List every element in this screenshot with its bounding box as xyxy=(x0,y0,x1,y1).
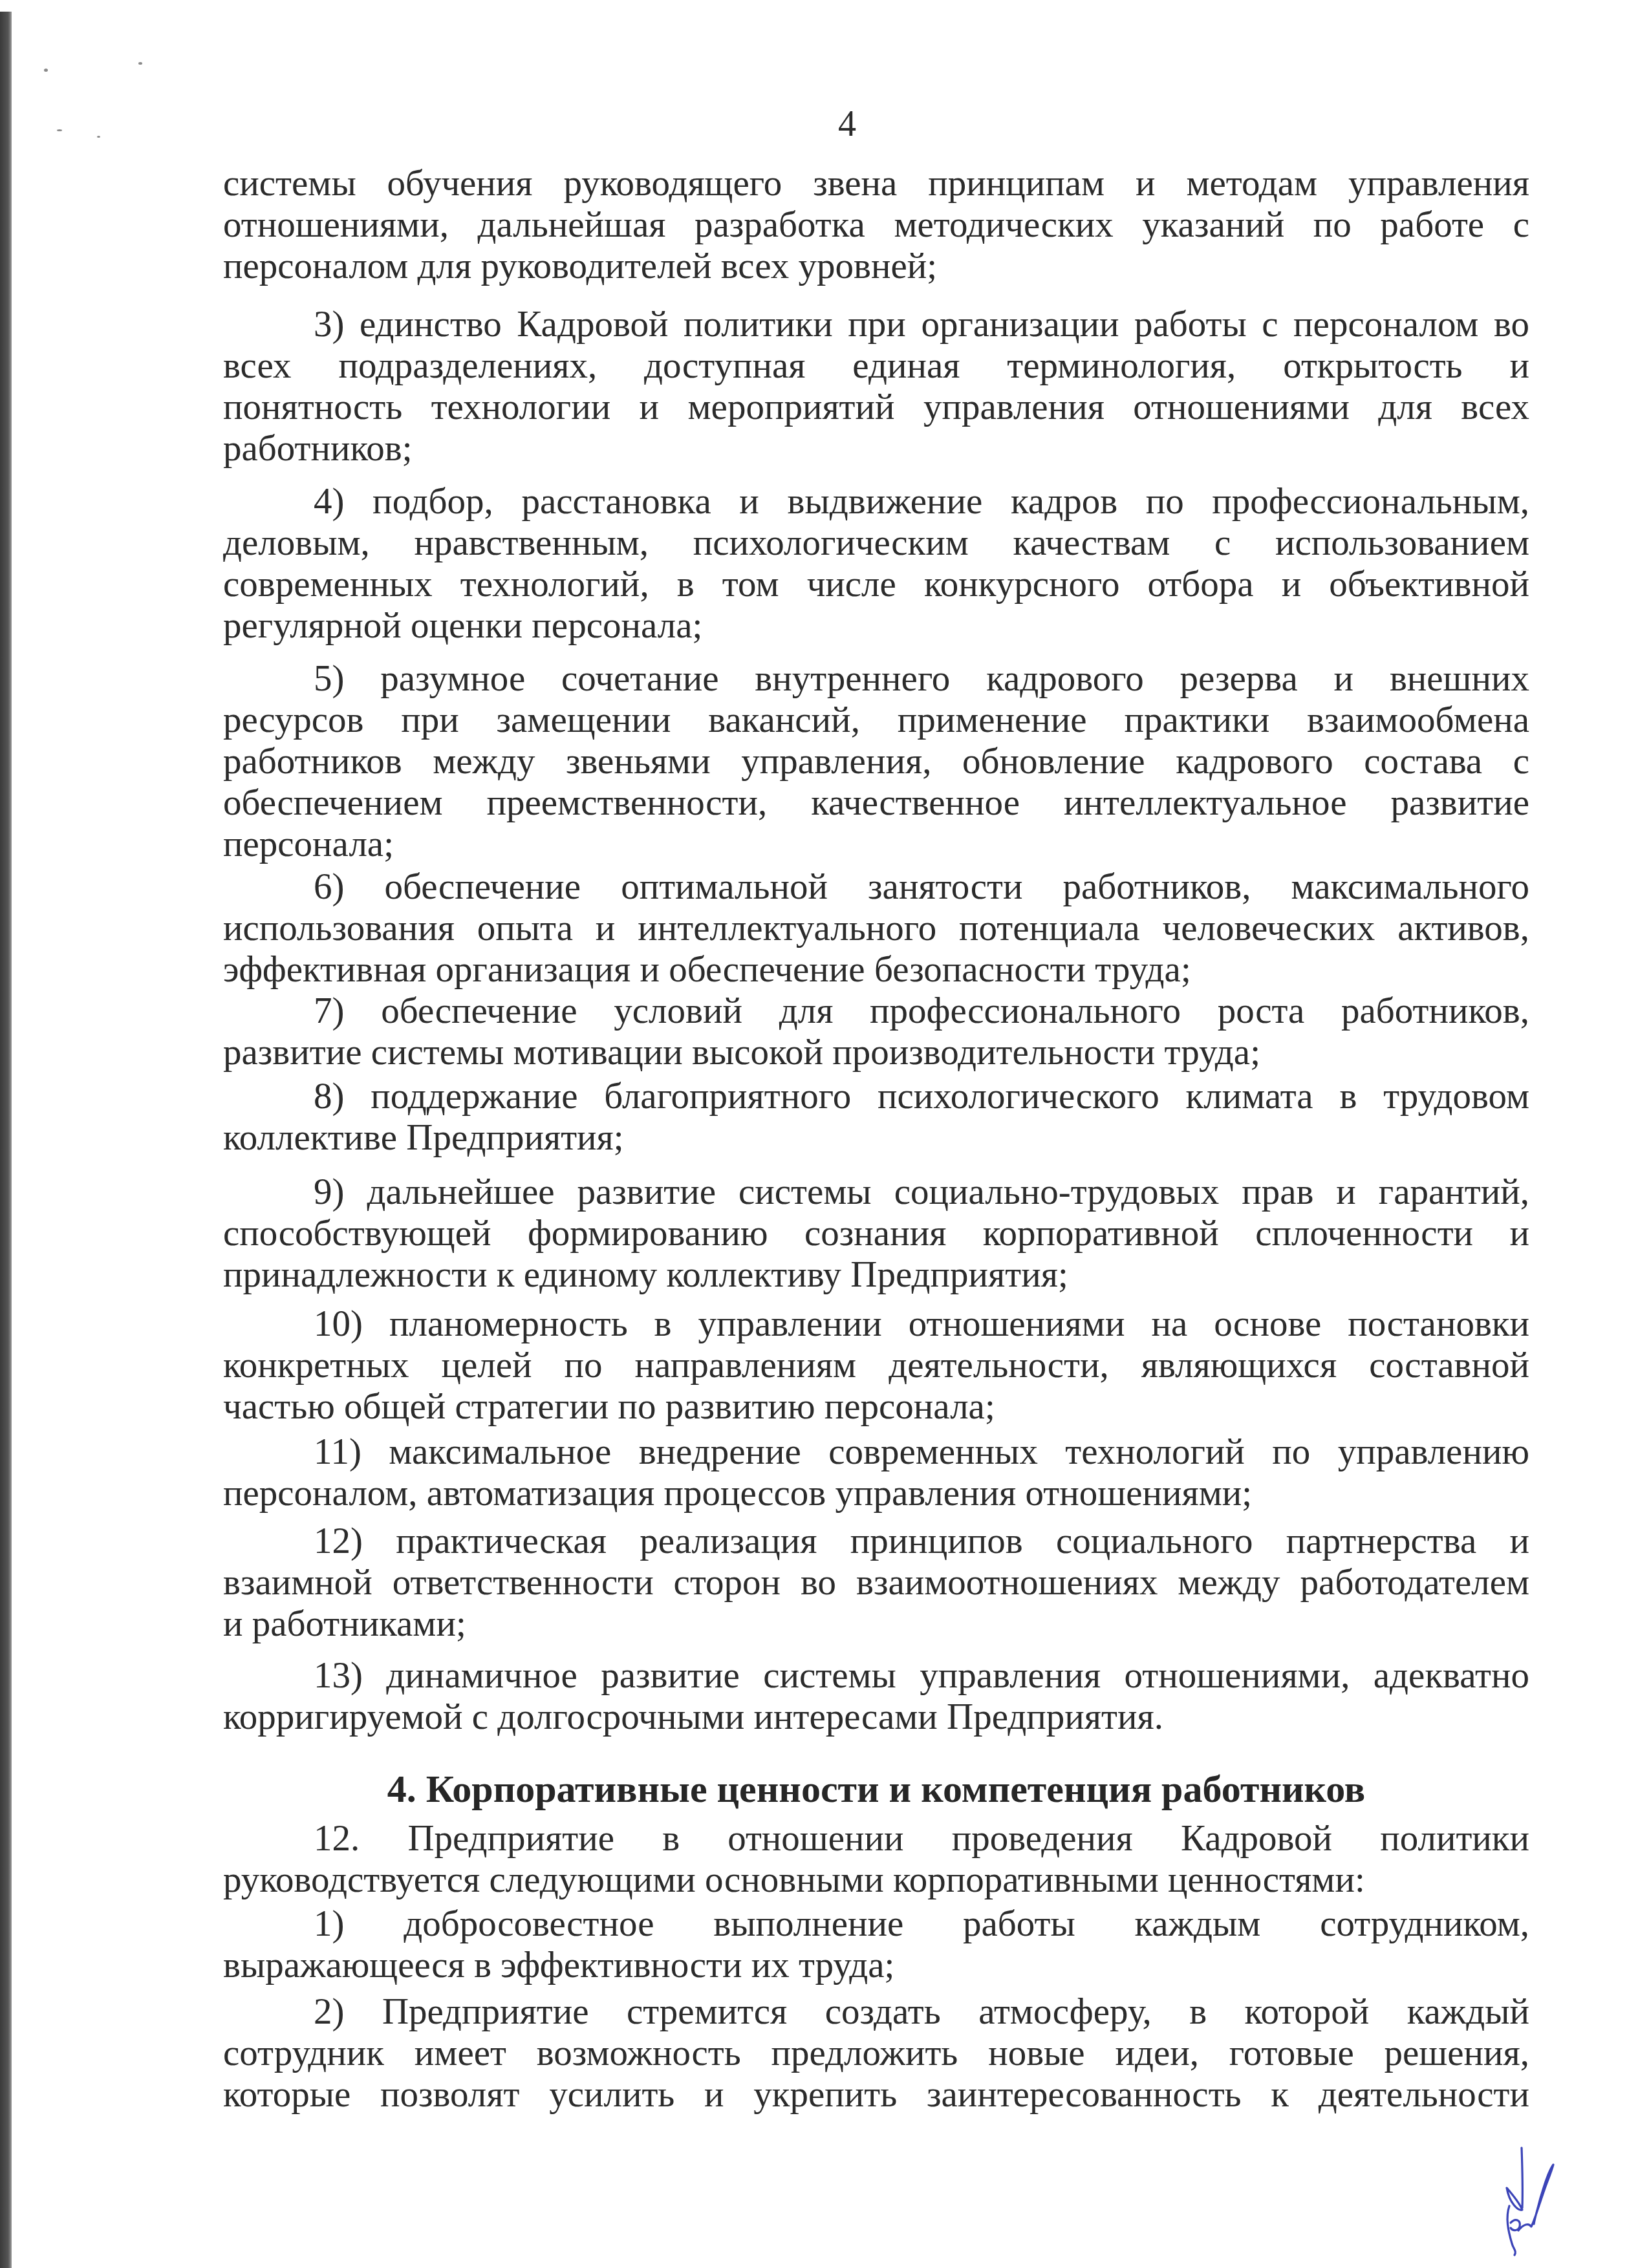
paragraph-first-line: 5) разумное сочетание внутреннего кадров… xyxy=(314,658,1529,700)
text-line: работников; xyxy=(223,428,1529,469)
text-line: деловым, нравственным, психологическим к… xyxy=(223,522,1529,564)
text-line: способствующей формированию сознания кор… xyxy=(223,1213,1529,1254)
text-line: взаимной ответственности сторон во взаим… xyxy=(223,1562,1529,1603)
paragraph-first-line: 2) Предприятие стремится создать атмосфе… xyxy=(314,1991,1529,2033)
section-heading: 4. Корпоративные ценности и компетенция … xyxy=(223,1766,1529,1812)
text-line: частью общей стратегии по развитию персо… xyxy=(223,1386,1529,1428)
text-line: эффективная организация и обеспечение бе… xyxy=(223,949,1529,990)
text-line: персонала; xyxy=(223,824,1529,865)
text-line: выражающееся в эффективности их труда; xyxy=(223,1945,1529,1986)
paragraph-first-line: 9) дальнейшее развитие системы социально… xyxy=(314,1171,1529,1213)
scanner-edge-shadow xyxy=(0,12,12,2268)
text-line: использования опыта и интеллектуального … xyxy=(223,908,1529,949)
text-line: развитие системы мотивации высокой произ… xyxy=(223,1032,1529,1073)
scan-speck xyxy=(97,136,100,138)
text-line: которые позволят усилить и укрепить заин… xyxy=(223,2074,1529,2115)
paragraph-first-line: 12. Предприятие в отношении проведения К… xyxy=(314,1818,1529,1859)
text-line: понятность технологии и мероприятий упра… xyxy=(223,387,1529,428)
paragraph-first-line: 11) максимальное внедрение современных т… xyxy=(314,1431,1529,1473)
scan-speck xyxy=(44,69,48,72)
text-line: современных технологий, в том числе конк… xyxy=(223,564,1529,605)
paragraph-first-line: 1) добросовестное выполнение работы кажд… xyxy=(314,1903,1529,1945)
text-line: коллективе Предприятия; xyxy=(223,1117,1529,1159)
text-line: регулярной оценки персонала; xyxy=(223,605,1529,647)
text-line: системы обучения руководящего звена прин… xyxy=(223,163,1529,204)
text-line: корригируемой с долгосрочными интересами… xyxy=(223,1696,1529,1738)
text-line: персоналом для руководителей всех уровне… xyxy=(223,246,1529,287)
text-line: сотрудник имеет возможность предложить н… xyxy=(223,2033,1529,2074)
text-line: персоналом, автоматизация процессов упра… xyxy=(223,1473,1529,1514)
text-line: руководствуется следующими основными кор… xyxy=(223,1859,1529,1901)
text-line: и работниками; xyxy=(223,1603,1529,1645)
handwritten-signature xyxy=(1481,2146,1571,2263)
paragraph-first-line: 8) поддержание благоприятного психологич… xyxy=(314,1076,1529,1117)
scan-speck xyxy=(57,129,62,131)
text-line: всех подразделениях, доступная единая те… xyxy=(223,345,1529,387)
text-line: ресурсов при замещении вакансий, примене… xyxy=(223,700,1529,741)
text-line: обеспечением преемственности, качественн… xyxy=(223,782,1529,824)
paragraph-first-line: 7) обеспечение условий для профессиональ… xyxy=(314,990,1529,1032)
text-line: конкретных целей по направлениям деятель… xyxy=(223,1345,1529,1386)
page-number: 4 xyxy=(834,103,860,145)
paragraph-first-line: 10) планомерность в управлении отношения… xyxy=(314,1303,1529,1345)
paragraph-first-line: 3) единство Кадровой политики при органи… xyxy=(314,304,1529,345)
text-line: работников между звеньями управления, об… xyxy=(223,741,1529,782)
paragraph-first-line: 6) обеспечение оптимальной занятости раб… xyxy=(314,866,1529,908)
text-line: принадлежности к единому коллективу Пред… xyxy=(223,1254,1529,1296)
text-line: отношениями, дальнейшая разработка метод… xyxy=(223,204,1529,246)
paragraph-first-line: 4) подбор, расстановка и выдвижение кадр… xyxy=(314,481,1529,522)
scan-speck xyxy=(138,62,142,65)
paragraph-first-line: 12) практическая реализация принципов со… xyxy=(314,1521,1529,1562)
paragraph-first-line: 13) динамичное развитие системы управлен… xyxy=(314,1655,1529,1696)
